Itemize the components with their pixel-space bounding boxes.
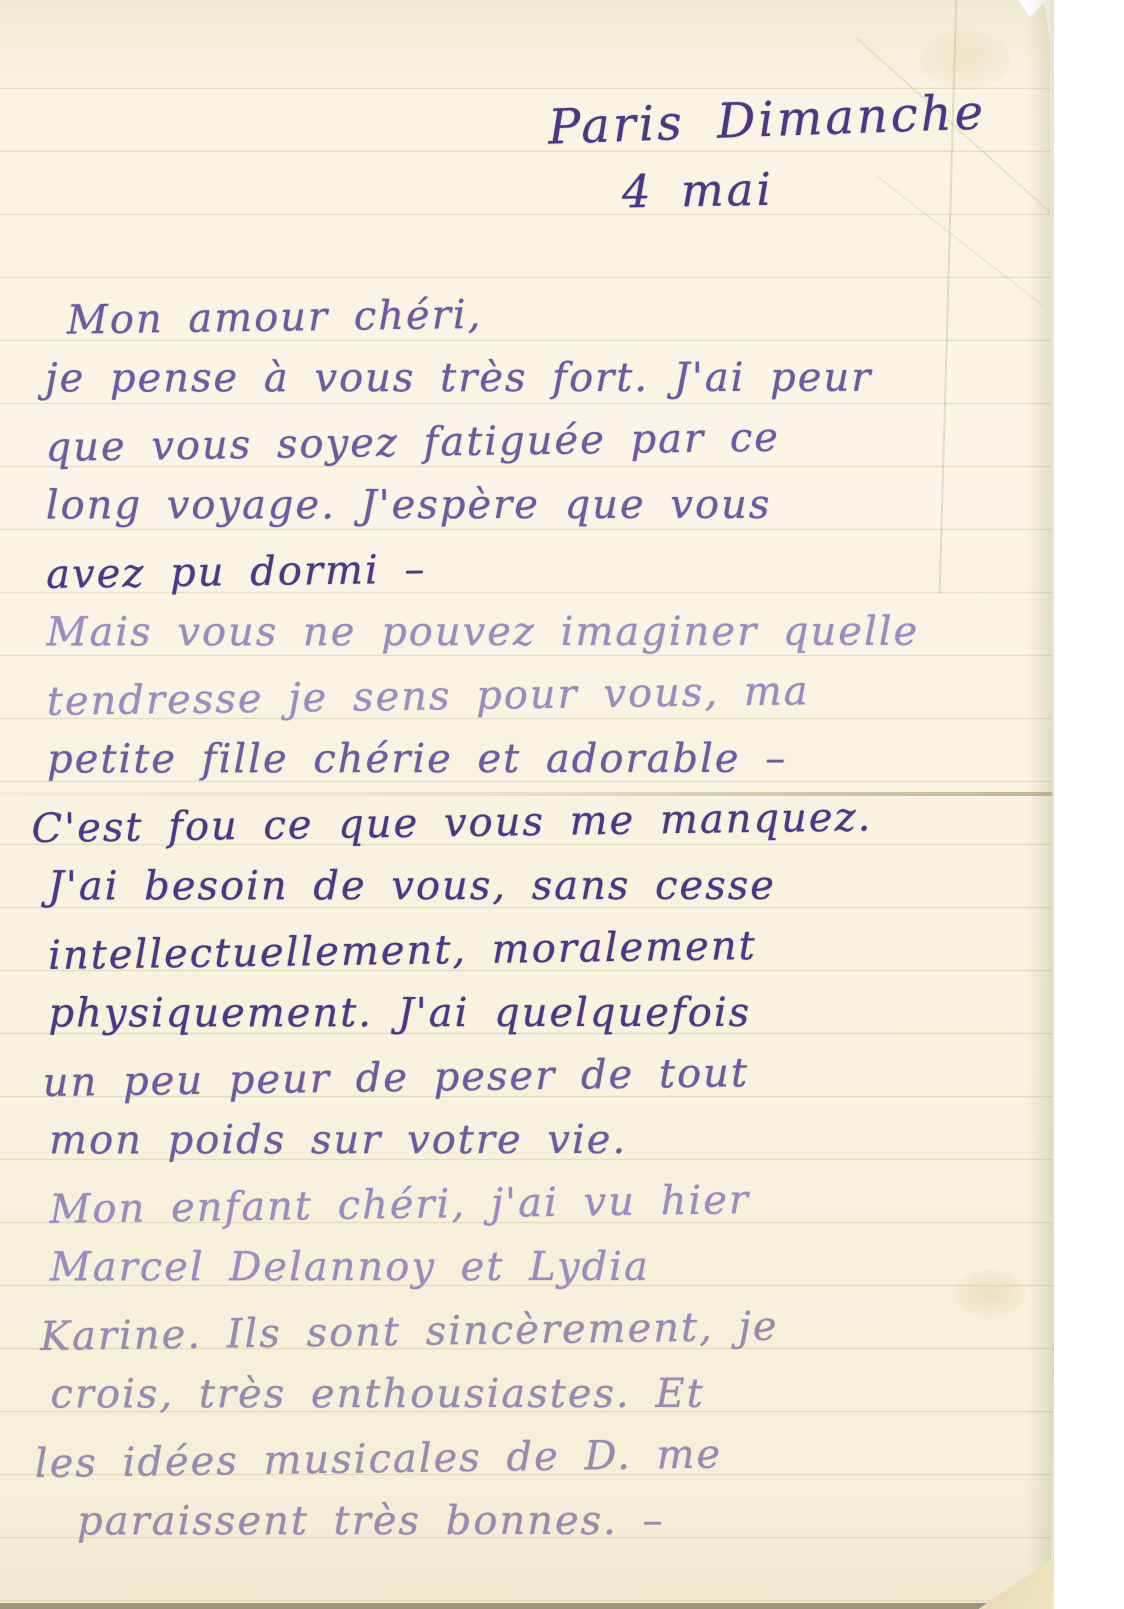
letter-line: petite fille chérie et adorable –: [47, 727, 1037, 791]
letter-line: Mais vous ne pouvez imaginer quelle: [46, 600, 1036, 664]
letter-line: physiquement. J'ai quelquefois: [48, 981, 1038, 1045]
letter-line: crois, très enthousiastes. Et: [50, 1362, 1040, 1426]
letter-line: paraissent très bonnes. –: [51, 1489, 1041, 1553]
letter-line: les idées musicales de D. me: [34, 1419, 1041, 1497]
letter-line: que vous soyez fatiguée par ce: [45, 403, 1036, 480]
letter-line: C'est fou ce que vous me manquez.: [31, 784, 1038, 862]
paper-right-edge-shadow: [1028, 0, 1054, 1609]
letter-line: intellectuellement, moralement: [48, 911, 1039, 988]
letter-line: tendresse je sens pour vous, ma: [46, 657, 1037, 734]
paper-sheet: Paris Dimanche 4 mai Mon amour chéri, je…: [0, 0, 1056, 1609]
letter-line: mon poids sur votre vie.: [49, 1108, 1039, 1172]
letter-line: Mon enfant chéri, j'ai vu hier: [49, 1165, 1040, 1242]
letter-line: Karine. Ils sont sincèrement, je: [40, 1292, 1041, 1369]
scanner-bottom-shadow: [0, 1603, 1000, 1609]
letter-line: je pense à vous très fort. J'ai peur: [45, 346, 1035, 410]
letter-line: un peu peur de peser de tout: [42, 1038, 1039, 1115]
letter-body: Mon amour chéri, je pense à vous très fo…: [45, 280, 1042, 1555]
letter-line-salutation: Mon amour chéri,: [44, 276, 1035, 353]
letter-scan: Paris Dimanche 4 mai Mon amour chéri, je…: [0, 0, 1124, 1609]
letter-line: long voyage. J'espère que vous: [46, 473, 1036, 537]
letter-line: J'ai besoin de vous, sans cesse: [48, 854, 1038, 918]
letter-line: avez pu dormi –: [46, 530, 1037, 607]
dateline-date: 4 mai: [622, 163, 775, 219]
paper-stain: [920, 30, 1010, 90]
letter-line: Marcel Delannoy et Lydia: [50, 1235, 1040, 1299]
